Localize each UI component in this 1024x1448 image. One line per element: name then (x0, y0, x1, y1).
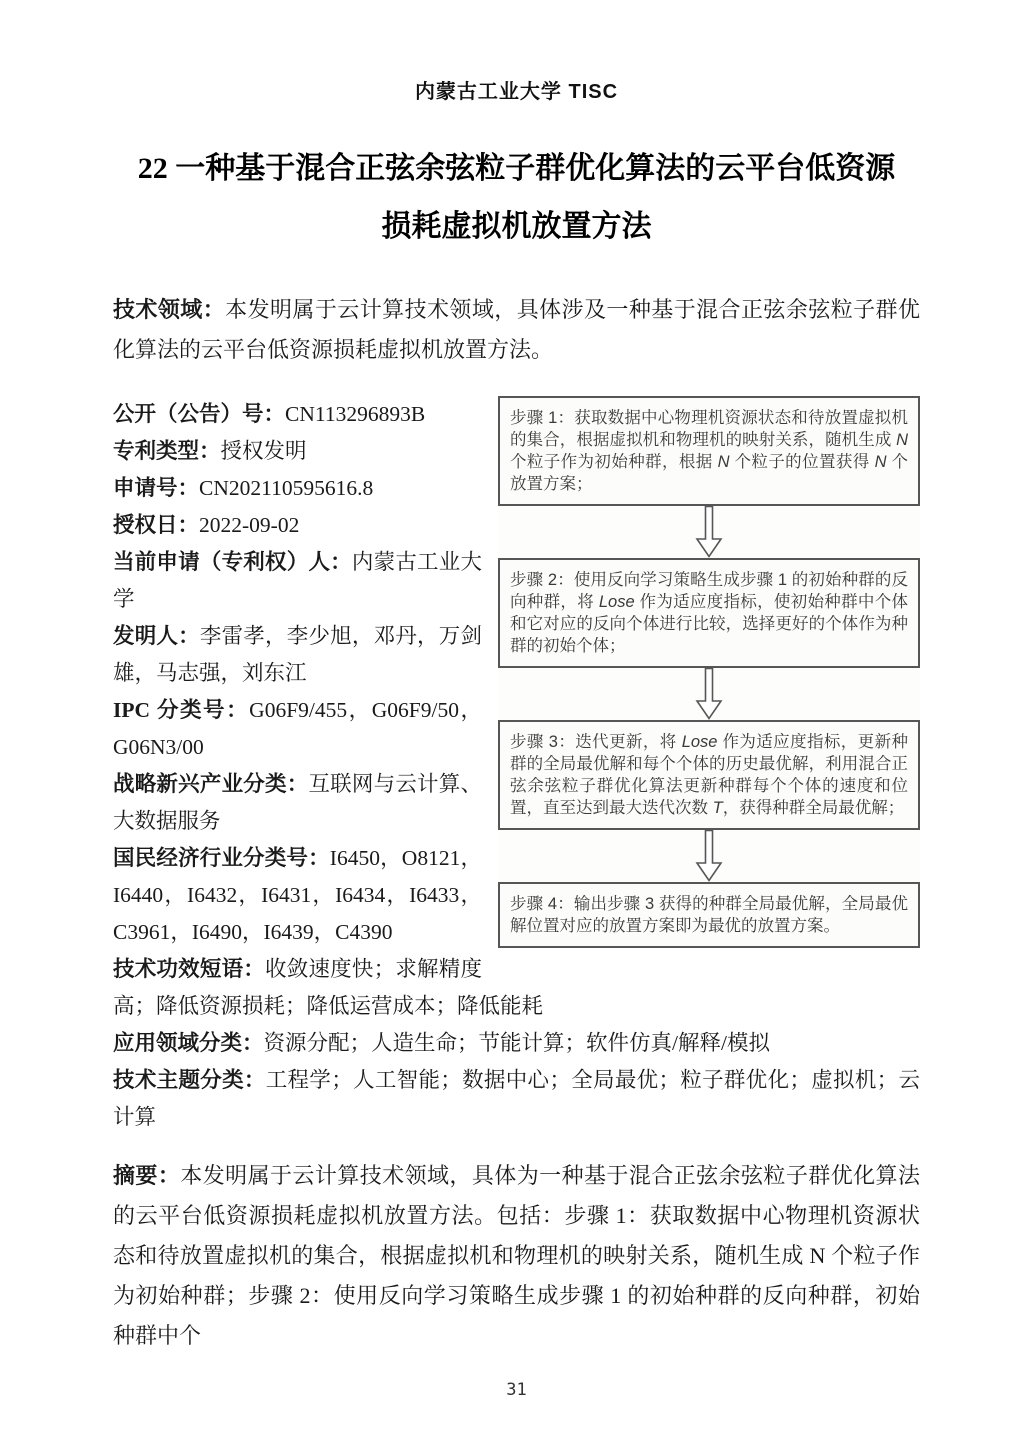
field-label: 国民经济行业分类号： (113, 846, 330, 870)
field-label: 战略新兴产业分类： (113, 772, 308, 796)
flowchart-step-2: 步骤 2：使用反向学习策略生成步骤 1 的初始种群的反向种群，将 Lose 作为… (498, 558, 920, 668)
field-technical-effect: 技术功效短语：收敛速度快；求解精度高；降低资源损耗；降低运营成本；降低能耗 (113, 951, 920, 1025)
field-value: 2022-09-02 (199, 513, 299, 537)
tech-field-label: 技术领域： (113, 297, 225, 322)
field-technical-topic: 技术主题分类：工程学；人工智能；数据中心；全局最优；粒子群优化；虚拟机；云计算 (113, 1062, 920, 1136)
field-label: 技术主题分类： (113, 1068, 266, 1092)
abstract-label: 摘要： (113, 1163, 180, 1188)
tech-field-text: 本发明属于云计算技术领域，具体涉及一种基于混合正弦余弦粒子群优化算法的云平台低资… (113, 297, 920, 362)
field-label: 授权日： (113, 513, 199, 537)
field-label: 技术功效短语： (113, 957, 265, 981)
flowchart: 步骤 1：获取数据中心物理机资源状态和待放置虚拟机的集合，根据虚拟机和物理机的映… (498, 396, 920, 948)
page-title-line1: 22 一种基于混合正弦余弦粒子群优化算法的云平台低资源 (113, 140, 920, 198)
page-title: 22 一种基于混合正弦余弦粒子群优化算法的云平台低资源 损耗虚拟机放置方法 (113, 140, 920, 256)
flow-arrow-down-icon (498, 506, 920, 558)
field-label: 发明人： (113, 624, 200, 648)
field-label: IPC 分类号： (113, 698, 249, 722)
tech-field-paragraph: 技术领域：本发明属于云计算技术领域，具体涉及一种基于混合正弦余弦粒子群优化算法的… (113, 290, 920, 370)
abstract-text: 本发明属于云计算技术领域，具体为一种基于混合正弦余弦粒子群优化算法的云平台低资源… (113, 1163, 920, 1348)
field-label: 应用领域分类： (113, 1031, 264, 1055)
page-title-line2: 损耗虚拟机放置方法 (113, 198, 920, 256)
field-value: 授权发明 (221, 439, 307, 463)
field-label: 当前申请（专利权）人： (113, 550, 352, 574)
page-number: 31 (113, 1380, 920, 1400)
field-label: 公开（公告）号： (113, 402, 285, 426)
document-header: 内蒙古工业大学 TISC (113, 80, 920, 104)
flowchart-step-3: 步骤 3：迭代更新，将 Lose 作为适应度指标，更新种群的全局最优解和每个个体… (498, 720, 920, 830)
flowchart-step-1: 步骤 1：获取数据中心物理机资源状态和待放置虚拟机的集合，根据虚拟机和物理机的映… (498, 396, 920, 506)
flow-arrow-down-icon (498, 830, 920, 882)
metadata-section: 步骤 1：获取数据中心物理机资源状态和待放置虚拟机的集合，根据虚拟机和物理机的映… (113, 396, 920, 1136)
field-value: 资源分配；人造生命；节能计算；软件仿真/解释/模拟 (264, 1031, 770, 1055)
field-application-domain: 应用领域分类：资源分配；人造生命；节能计算；软件仿真/解释/模拟 (113, 1025, 920, 1062)
flow-arrow-down-icon (498, 668, 920, 720)
field-label: 专利类型： (113, 439, 221, 463)
field-label: 申请号： (113, 476, 199, 500)
abstract-paragraph: 摘要：本发明属于云计算技术领域，具体为一种基于混合正弦余弦粒子群优化算法的云平台… (113, 1156, 920, 1356)
flowchart-step-4: 步骤 4：输出步骤 3 获得的种群全局最优解，全局最优解位置对应的放置方案即为最… (498, 882, 920, 948)
field-value: CN202110595616.8 (199, 476, 373, 500)
field-value: CN113296893B (285, 402, 425, 426)
patent-document-page: 内蒙古工业大学 TISC 22 一种基于混合正弦余弦粒子群优化算法的云平台低资源… (0, 0, 1024, 1448)
